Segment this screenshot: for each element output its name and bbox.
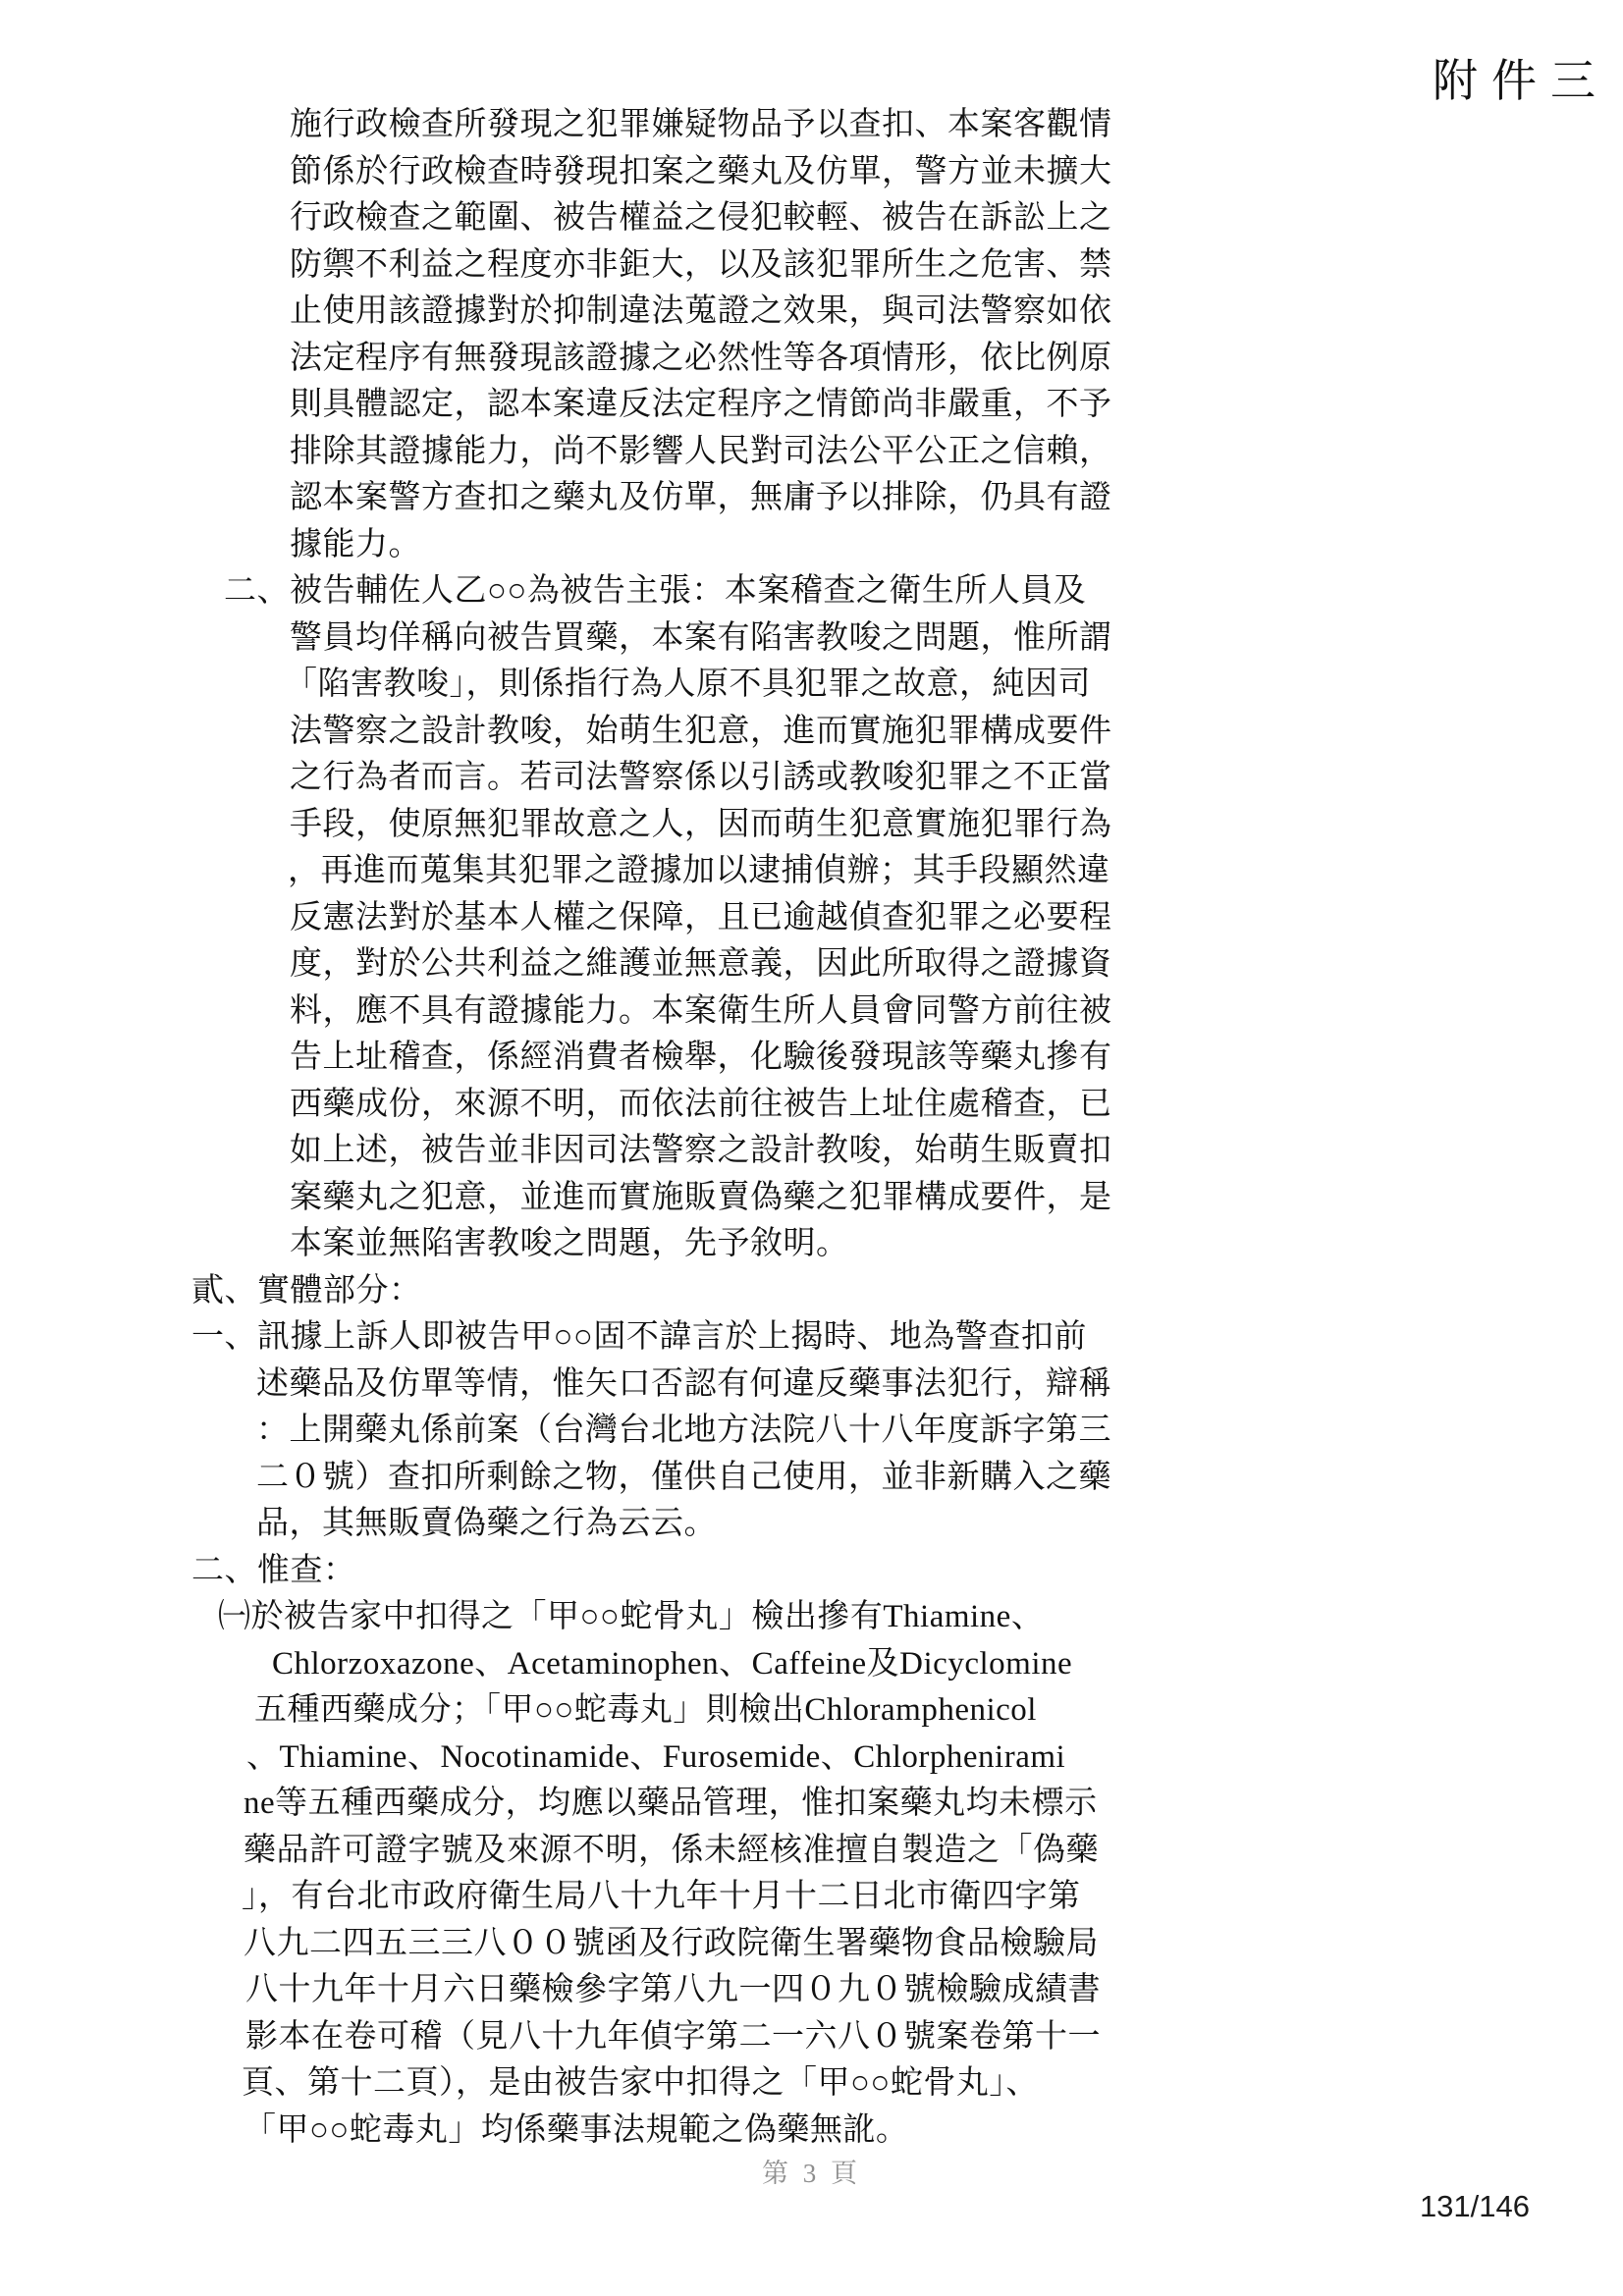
text-line: 一、訊據上訴人即被告甲○○固不諱言於上揭時、地為警查扣前	[0, 1314, 1623, 1362]
text-line: 行政檢查之範圍、被告權益之侵犯較輕、被告在訴訟上之	[0, 195, 1623, 242]
text-line: 節係於行政檢查時發現扣案之藥丸及仿單，警方並未擴大	[0, 149, 1623, 196]
pdf-pagination: 131/146	[1420, 2189, 1530, 2224]
text-line: 本案並無陷害教唆之問題，先予敘明。	[0, 1221, 1623, 1268]
text-line: 則具體認定，認本案違反法定程序之情節尚非嚴重，不予	[0, 382, 1623, 429]
text-line: 料，應不具有證據能力。本案衛生所人員會同警方前往被	[0, 988, 1623, 1036]
page-number-footer: 第 3 頁	[0, 2152, 1623, 2190]
text-line: ne等五種西藥成分，均應以藥品管理，惟扣案藥丸均未標示	[0, 1781, 1623, 1828]
text-line: 排除其證據能力，尚不影響人民對司法公平公正之信賴，	[0, 429, 1623, 476]
text-line: 反憲法對於基本人權之保障，且已逾越偵查犯罪之必要程	[0, 895, 1623, 942]
text-line: 影本在卷可稽（見八十九年偵字第二一六八０號案卷第十一	[0, 2014, 1623, 2061]
text-line: 「陷害教唆」，則係指行為人原不具犯罪之故意，純因司	[0, 662, 1623, 709]
text-line: 二０號）查扣所剩餘之物，僅供自己使用，並非新購入之藥	[0, 1455, 1623, 1502]
text-line: Chlorzoxazone、Acetaminophen、Caffeine及Dic…	[0, 1641, 1623, 1688]
text-line: 西藥成份，來源不明，而依法前往被告上址住處稽查，已	[0, 1082, 1623, 1129]
text-line: 二、被告輔佐人乙○○為被告主張：本案稽查之衛生所人員及	[0, 568, 1623, 615]
text-line: 防禦不利益之程度亦非鉅大，以及該犯罪所生之危害、禁	[0, 242, 1623, 290]
text-line: 二、惟查：	[0, 1548, 1623, 1595]
text-line: 藥品許可證字號及來源不明，係未經核准擅自製造之「偽藥	[0, 1828, 1623, 1875]
text-line: 八九二四五三三八００號函及行政院衛生署藥物食品檢驗局	[0, 1921, 1623, 1968]
text-line: ㈠於被告家中扣得之「甲○○蛇骨丸」檢出摻有Thiamine、	[0, 1594, 1623, 1641]
text-line: 施行政檢查所發現之犯罪嫌疑物品予以查扣、本案客觀情	[0, 102, 1623, 149]
text-line: 警員均佯稱向被告買藥，本案有陷害教唆之問題，惟所謂	[0, 615, 1623, 663]
text-line: 止使用該證據對於抑制違法蒐證之效果，與司法警察如依	[0, 289, 1623, 336]
text-line: 「甲○○蛇毒丸」均係藥事法規範之偽藥無訛。	[0, 2108, 1623, 2155]
text-line: 述藥品及仿單等情，惟矢口否認有何違反藥事法犯行，辯稱	[0, 1362, 1623, 1409]
text-line: 」，有台北市政府衛生局八十九年十月十二日北市衛四字第	[0, 1874, 1623, 1921]
document-body: 施行政檢查所發現之犯罪嫌疑物品予以查扣、本案客觀情節係於行政檢查時發現扣案之藥丸…	[0, 102, 1623, 2154]
text-line: 貳、實體部分：	[0, 1268, 1623, 1315]
text-line: 手段，使原無犯罪故意之人，因而萌生犯意實施犯罪行為	[0, 802, 1623, 849]
text-line: ：上開藥丸係前案（台灣台北地方法院八十八年度訴字第三	[0, 1408, 1623, 1455]
text-line: 案藥丸之犯意，並進而實施販賣偽藥之犯罪構成要件，是	[0, 1175, 1623, 1222]
text-line: 品，其無販賣偽藥之行為云云。	[0, 1501, 1623, 1548]
text-line: 如上述，被告並非因司法警察之設計教唆，始萌生販賣扣	[0, 1128, 1623, 1175]
attachment-label: 附件三	[1433, 45, 1609, 110]
text-line: 五種西藥成分；「甲○○蛇毒丸」則檢出Chloramphenicol	[0, 1687, 1623, 1735]
text-line: 據能力。	[0, 522, 1623, 569]
text-line: 八十九年十月六日藥檢參字第八九一四０九０號檢驗成績書	[0, 1967, 1623, 2014]
text-line: 告上址稽查，係經消費者檢舉，化驗後發現該等藥丸摻有	[0, 1035, 1623, 1082]
document-page: 附件三 施行政檢查所發現之犯罪嫌疑物品予以查扣、本案客觀情節係於行政檢查時發現扣…	[0, 0, 1623, 2296]
text-line: 認本案警方查扣之藥丸及仿單，無庸予以排除，仍具有證	[0, 475, 1623, 522]
text-line: 法定程序有無發現該證據之必然性等各項情形，依比例原	[0, 336, 1623, 383]
text-line: 度，對於公共利益之維護並無意義，因此所取得之證據資	[0, 941, 1623, 988]
text-line: ，再進而蒐集其犯罪之證據加以逮捕偵辦；其手段顯然違	[0, 848, 1623, 895]
text-line: 之行為者而言。若司法警察係以引誘或教唆犯罪之不正當	[0, 755, 1623, 802]
text-line: 頁、第十二頁），是由被告家中扣得之「甲○○蛇骨丸」、	[0, 2060, 1623, 2108]
text-line: 、Thiamine、Nocotinamide、Furosemide、Chlorp…	[0, 1735, 1623, 1782]
text-line: 法警察之設計教唆，始萌生犯意，進而實施犯罪構成要件	[0, 709, 1623, 756]
